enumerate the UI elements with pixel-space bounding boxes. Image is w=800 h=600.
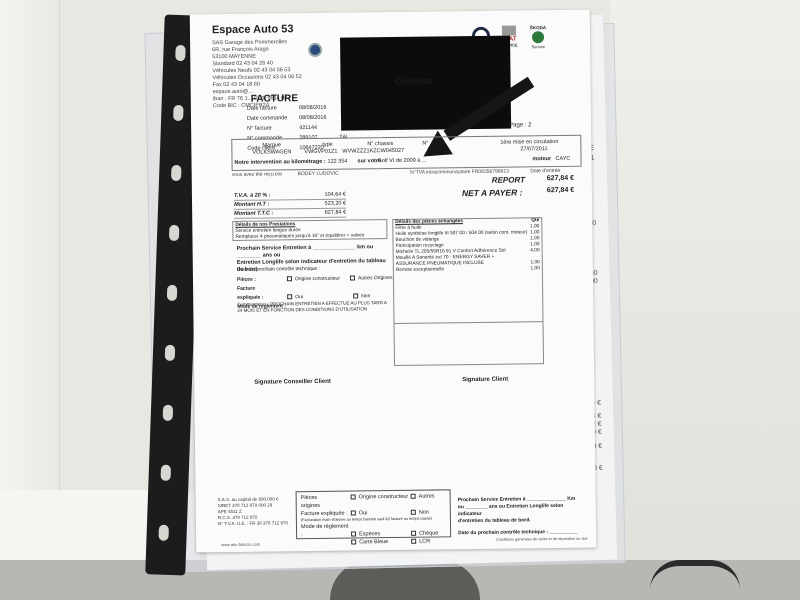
option-label: Chèque	[419, 530, 438, 536]
report-label: REPORT	[492, 175, 525, 184]
net-to-pay-value: 627,84 €	[547, 187, 574, 194]
company-name: Espace Auto 53	[212, 23, 294, 36]
chair-wheel	[650, 560, 740, 600]
meta-label: Date facture	[247, 103, 299, 114]
meta-value: 08/08/2016	[299, 103, 339, 113]
signature-client: Signature Client	[462, 377, 508, 384]
binder-hole	[163, 405, 174, 421]
pieces-label: Pièces :	[237, 275, 277, 284]
report-value: 627,84 €	[547, 175, 574, 182]
service-item: Remplacer 4 pneumatiques jusqu'à 16" et …	[233, 233, 386, 241]
page-value: 2	[528, 122, 531, 128]
binder-hole	[165, 345, 176, 361]
checkbox[interactable]	[411, 539, 416, 544]
footer-next-service: Prochain Service Entretien à ___________…	[458, 496, 588, 538]
vehicle-header: Marque	[262, 142, 281, 148]
binder-hole	[173, 105, 184, 121]
lower-parts-continuation	[394, 322, 545, 366]
totals-value: 627,84 €	[325, 209, 347, 217]
vehicle-value: 27/07/2011	[520, 146, 547, 152]
checkbox[interactable]	[353, 294, 358, 299]
footer-payment-row-2: Carte BleueLCR	[301, 537, 446, 547]
part-qty: 4,00	[530, 248, 539, 260]
engine-label: moteur	[532, 156, 551, 162]
meta-label: N° facture	[247, 123, 299, 134]
skoda-logo: ŠKODA Service	[530, 25, 547, 49]
totals-table: T.V.A. à 20 % :104,64 € Montant H.T :523…	[234, 191, 346, 219]
binder-hole	[161, 465, 172, 481]
meta-value: 08/08/2016	[299, 113, 339, 123]
checkbox[interactable]	[411, 494, 416, 499]
checkbox[interactable]	[411, 531, 416, 536]
dealer-badge-icon	[308, 43, 322, 57]
tape-text: Disponible	[396, 76, 433, 85]
option-label: Non	[419, 510, 429, 516]
parts-box: Détails des pièces échangéesQté Filtre à…	[392, 217, 543, 324]
option-label: LCR	[419, 539, 430, 545]
table-surface-right	[610, 0, 800, 560]
intervention-label: Notre intervention au kilométrage :	[235, 159, 326, 166]
meta-label: Date commande	[247, 113, 299, 124]
checkbox[interactable]	[411, 510, 416, 515]
pieces-label: Pièces	[301, 494, 349, 503]
vehicle-header: N°	[422, 141, 428, 147]
net-to-pay-label: NET A PAYER :	[462, 187, 523, 198]
payment-label: Mode de règlement :	[301, 523, 349, 540]
vehicle-value: VOLKSWAGEN	[252, 149, 291, 155]
legal-line: N° T.V.A. U.E. : FR 38 378 712 970	[218, 520, 288, 527]
binder-hole	[158, 525, 169, 541]
vehicle-box: Marque type N° chassis N° 1ère mise en c…	[231, 135, 581, 171]
next-service-line: d'entretien du tableau de bord.	[458, 517, 588, 526]
part-name: Michelin TL 205/55R16 91 V Confort Adhér…	[396, 248, 516, 261]
checkbox[interactable]	[351, 495, 356, 500]
binder-hole	[167, 285, 178, 301]
checkbox[interactable]	[350, 276, 355, 281]
mileage: 122 354	[328, 159, 348, 165]
skoda-icon	[532, 31, 544, 43]
signature-advisor: Signature Conseiller Client	[254, 379, 331, 386]
checkbox[interactable]	[351, 511, 356, 516]
option-label: Origine constructeur	[295, 276, 340, 283]
services-box: Détails de nos Prestations Service entre…	[232, 219, 387, 241]
page-number: Page : 2	[509, 122, 531, 128]
checkbox[interactable]	[287, 276, 292, 281]
part-qty: 1,00	[530, 266, 539, 272]
vehicle-header: type	[322, 142, 332, 148]
vehicle-header: N° chassis	[367, 141, 393, 147]
option-label: Carte Bleue	[359, 538, 409, 547]
page-label: Page :	[509, 122, 526, 128]
totals-value: 104,64 €	[324, 191, 346, 199]
vehicle-model: Golf VI de 2009 à ...	[377, 158, 426, 165]
meta-value: 421144	[299, 123, 339, 133]
binder-hole	[169, 225, 180, 241]
vat-intra-number: FR08356798913	[472, 169, 509, 175]
footer-payment-row: Mode de règlement :EspècesChèque	[301, 521, 446, 539]
binder-hole	[175, 45, 186, 61]
comment: Commentaires : PROCHAIN ENTRETIEN A EFFE…	[237, 300, 387, 314]
vehicle-value: WVWZZZ1KZCW045027	[342, 148, 404, 155]
facture-label: Facture expliquée :	[237, 284, 277, 302]
brand-subtitle: Service	[530, 44, 546, 49]
part-row: Remise exceptionnelle1,00	[394, 266, 542, 274]
totals-label: Montant T.T.C :	[234, 209, 273, 217]
terms-note: Conditions générales de vente et de répa…	[496, 537, 587, 542]
option-label: Origine constructeur	[359, 493, 409, 502]
option-label: Non	[361, 293, 370, 299]
checkbox[interactable]	[351, 540, 356, 545]
brand-name: ŠKODA	[530, 25, 546, 30]
received-by-name: BODEY LUDOVIC	[298, 171, 339, 178]
vehicle-header: 1ère mise en circulation	[500, 139, 558, 146]
footer-options-box: PiècesOrigine constructeurAutres origine…	[296, 489, 452, 539]
entry-date-label: Date d'entrée	[530, 168, 560, 174]
checkbox[interactable]	[351, 532, 356, 537]
totals-label: Montant H.T :	[234, 201, 269, 209]
part-name: Remise exceptionnelle	[396, 267, 444, 274]
footer-pieces-row: PiècesOrigine constructeurAutres origine…	[301, 492, 446, 510]
vat-intra-label: N°TVA intracommunautaire	[410, 169, 470, 176]
control-date-label: Date du prochain contrôle technique :	[237, 266, 320, 273]
engine-code: CAYC	[555, 156, 570, 162]
option-label: Autres Origines	[358, 275, 393, 281]
totals-value: 523,20 €	[325, 200, 347, 208]
table-surface-left	[0, 0, 60, 560]
totals-row: Montant T.T.C :627,84 €	[234, 209, 346, 219]
seat-icon	[502, 25, 516, 35]
checkbox[interactable]	[287, 294, 292, 299]
legal-info: S.A.S. au capital de 600.000 € SIRET 378…	[218, 496, 288, 527]
received-by-label: vous avez été reçu par	[232, 171, 283, 178]
website: www.abc-fabricio.com	[221, 542, 260, 547]
binder-hole	[171, 165, 182, 181]
totals-label: T.V.A. à 20 % :	[234, 191, 271, 199]
vehicle-value: VWGVP01Z1	[304, 149, 337, 155]
invoice-page: Espace Auto 53 SAS Garage des Pommerolle…	[190, 10, 597, 553]
